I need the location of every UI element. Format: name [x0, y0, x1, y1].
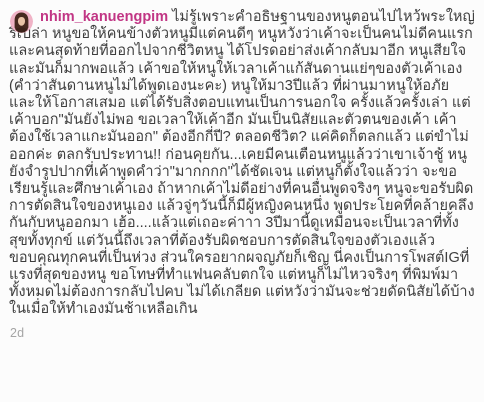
profile-photo-image: [10, 10, 33, 33]
instagram-comment-post: nhim_kanuengpimไม่รู้เพราะคำอธิษฐานของหน…: [0, 0, 484, 340]
timestamp: 2d: [10, 326, 475, 340]
caption-text: ไม่รู้เพราะคำอธิษฐานของหนูตอนไปไหว้พระให…: [9, 9, 475, 317]
caption: nhim_kanuengpimไม่รู้เพราะคำอธิษฐานของหน…: [9, 9, 475, 319]
username-link[interactable]: nhim_kanuengpim: [40, 9, 168, 25]
avatar[interactable]: [10, 10, 33, 33]
